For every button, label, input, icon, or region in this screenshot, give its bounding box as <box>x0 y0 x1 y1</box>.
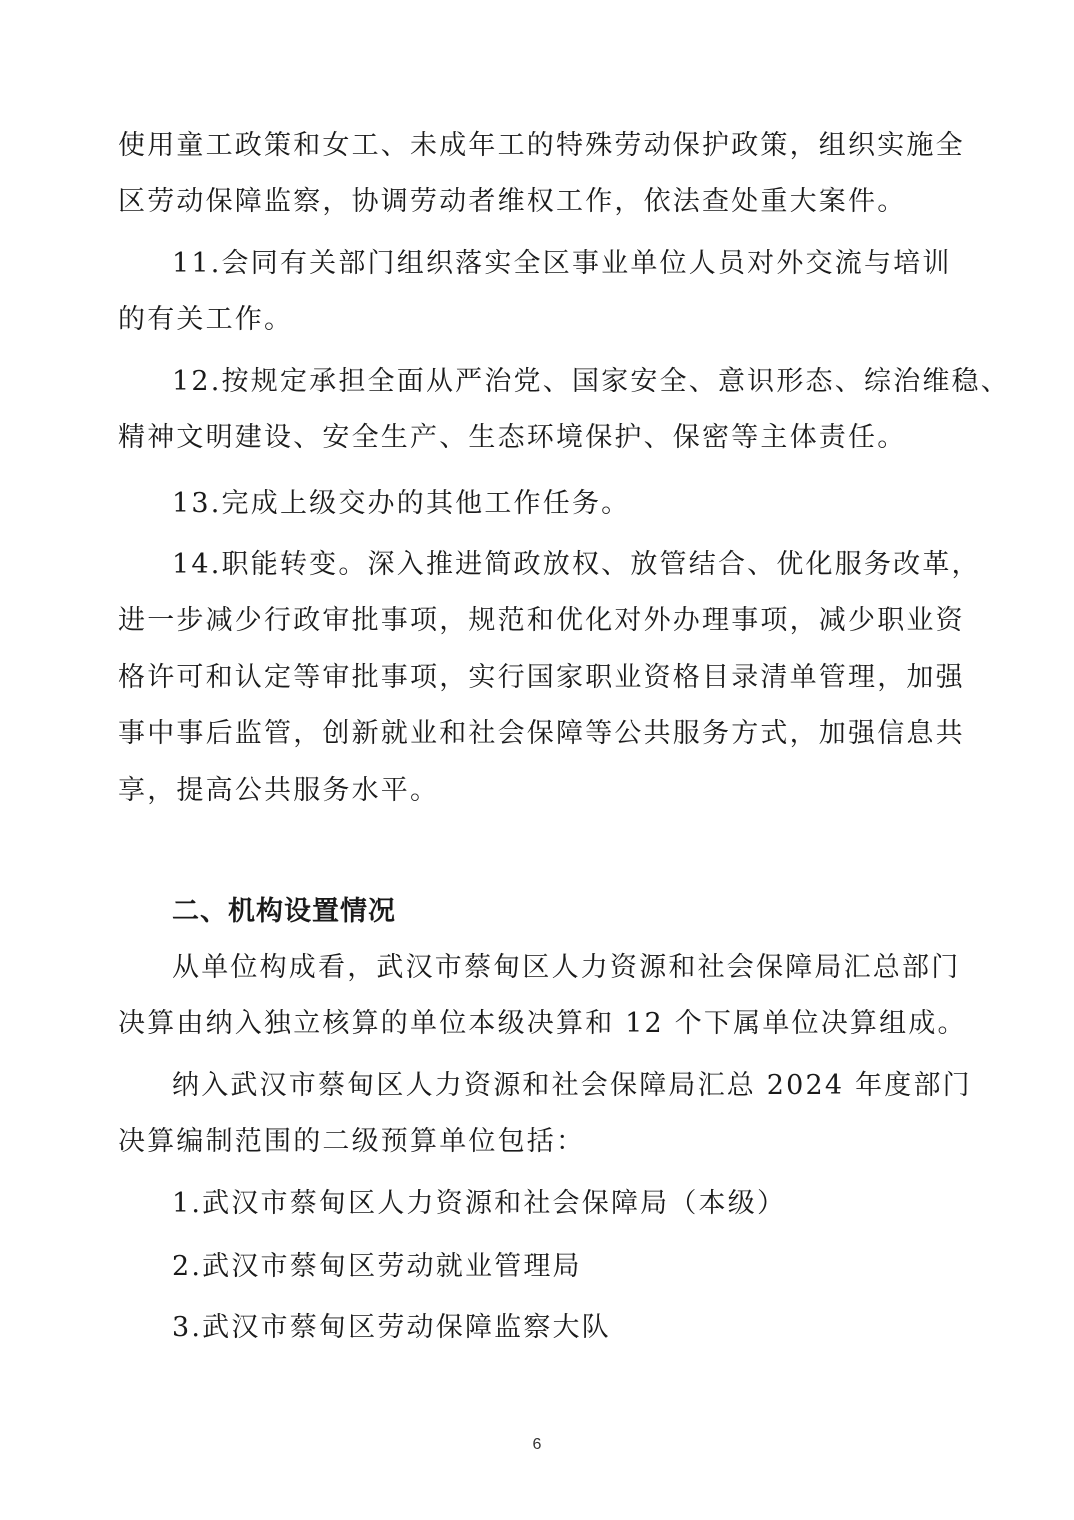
item-11: 11.会同有关部门组织落实全区事业单位人员对外交流与培训 <box>172 246 958 282</box>
paragraph-line: 精神文明建设、安全生产、生态环境保护、保密等主体责任。 <box>118 420 958 456</box>
paragraph-line: 事中事后监管，创新就业和社会保障等公共服务方式，加强信息共 <box>118 716 958 752</box>
paragraph-line: 从单位构成看，武汉市蔡甸区人力资源和社会保障局汇总部门 <box>172 950 958 986</box>
paragraph-line: 进一步减少行政审批事项，规范和优化对外办理事项，减少职业资 <box>118 603 958 639</box>
paragraph-line: 区劳动保障监察，协调劳动者维权工作，依法查处重大案件。 <box>118 184 958 220</box>
item-12: 12.按规定承担全面从严治党、国家安全、意识形态、综治维稳、 <box>172 364 958 400</box>
paragraph-line: 格许可和认定等审批事项，实行国家职业资格目录清单管理，加强 <box>118 660 958 696</box>
paragraph-line: 享，提高公共服务水平。 <box>118 773 958 809</box>
unit-list-item: 1.武汉市蔡甸区人力资源和社会保障局（本级） <box>172 1186 958 1222</box>
page-number: 6 <box>0 1436 1074 1454</box>
section-heading: 二、机构设置情况 <box>172 894 958 930</box>
item-14: 14.职能转变。深入推进简政放权、放管结合、优化服务改革， <box>172 547 958 583</box>
item-13: 13.完成上级交办的其他工作任务。 <box>172 486 958 522</box>
paragraph-line: 纳入武汉市蔡甸区人力资源和社会保障局汇总 2024 年度部门 <box>172 1068 958 1104</box>
unit-list-item: 3.武汉市蔡甸区劳动保障监察大队 <box>172 1310 958 1346</box>
paragraph-line: 使用童工政策和女工、未成年工的特殊劳动保护政策，组织实施全 <box>118 128 958 164</box>
paragraph-line: 决算编制范围的二级预算单位包括： <box>118 1124 958 1160</box>
paragraph-line: 决算由纳入独立核算的单位本级决算和 12 个下属单位决算组成。 <box>118 1006 958 1042</box>
paragraph-line: 的有关工作。 <box>118 302 958 338</box>
unit-list-item: 2.武汉市蔡甸区劳动就业管理局 <box>172 1249 958 1285</box>
